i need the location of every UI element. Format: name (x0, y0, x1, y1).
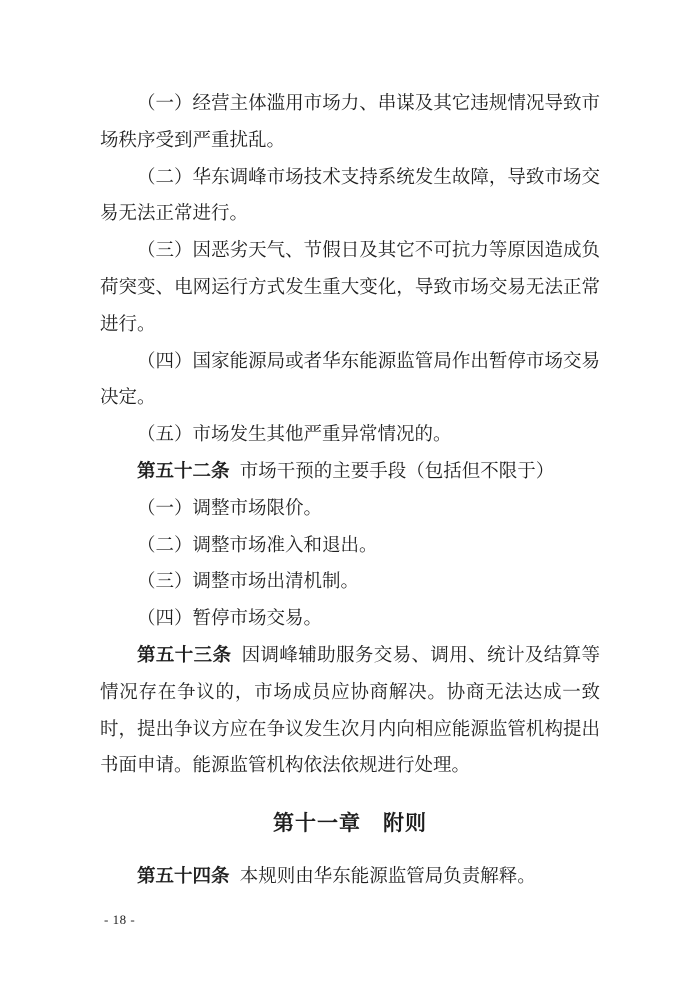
document-page: （一）经营主体滥用市场力、串谋及其它违规情况导致市场秩序受到严重扰乱。 （二）华… (0, 0, 700, 990)
clause-paragraph: （四）暂停市场交易。 (100, 601, 600, 638)
paragraph-text: （四）暂停市场交易。 (137, 609, 322, 629)
clause-paragraph: （二）华东调峰市场技术支持系统发生故障，导致市场交易无法正常进行。 (100, 160, 600, 234)
clause-paragraph: （三）调整市场出清机制。 (100, 564, 600, 601)
paragraph-text: （三）因恶劣天气、节假日及其它不可抗力等原因造成负荷突变、电网运行方式发生重大变… (100, 241, 600, 335)
paragraph-text: （四）国家能源局或者华东能源监管局作出暂停市场交易决定。 (100, 352, 600, 409)
paragraph-text: 本规则由华东能源监管局负责解释。 (240, 867, 536, 887)
article-paragraph: 第五十四条本规则由华东能源监管局负责解释。 (100, 859, 600, 896)
clause-paragraph: （一）调整市场限价。 (100, 491, 600, 528)
clause-paragraph: （二）调整市场准入和退出。 (100, 528, 600, 565)
article-number: 第五十四条 (137, 867, 230, 887)
page-number: - 18 - (104, 911, 135, 929)
clause-paragraph: （三）因恶劣天气、节假日及其它不可抗力等原因造成负荷突变、电网运行方式发生重大变… (100, 233, 600, 343)
clause-paragraph: （一）经营主体滥用市场力、串谋及其它违规情况导致市场秩序受到严重扰乱。 (100, 86, 600, 160)
clause-paragraph: （四）国家能源局或者华东能源监管局作出暂停市场交易决定。 (100, 344, 600, 418)
paragraph-text: （二）华东调峰市场技术支持系统发生故障，导致市场交易无法正常进行。 (100, 168, 600, 225)
paragraph-text: （二）调整市场准入和退出。 (137, 536, 378, 556)
paragraph-text: （一）经营主体滥用市场力、串谋及其它违规情况导致市场秩序受到严重扰乱。 (100, 94, 600, 151)
chapter-heading: 第十一章 附则 (100, 805, 600, 842)
article-paragraph: 第五十二条市场干预的主要手段（包括但不限于） (100, 454, 600, 491)
paragraph-text: （五）市场发生其他严重异常情况的。 (137, 425, 452, 445)
paragraph-text: 市场干预的主要手段（包括但不限于） (240, 462, 555, 482)
article-paragraph: 第五十三条因调峰辅助服务交易、调用、统计及结算等情况存在争议的，市场成员应协商解… (100, 638, 600, 785)
article-number: 第五十二条 (137, 462, 230, 482)
paragraph-text: （三）调整市场出清机制。 (137, 572, 359, 592)
clause-paragraph: （五）市场发生其他严重异常情况的。 (100, 417, 600, 454)
article-number: 第五十三条 (137, 646, 231, 666)
document-body: （一）经营主体滥用市场力、串谋及其它违规情况导致市场秩序受到严重扰乱。 （二）华… (100, 86, 600, 896)
paragraph-text: （一）调整市场限价。 (137, 499, 322, 519)
